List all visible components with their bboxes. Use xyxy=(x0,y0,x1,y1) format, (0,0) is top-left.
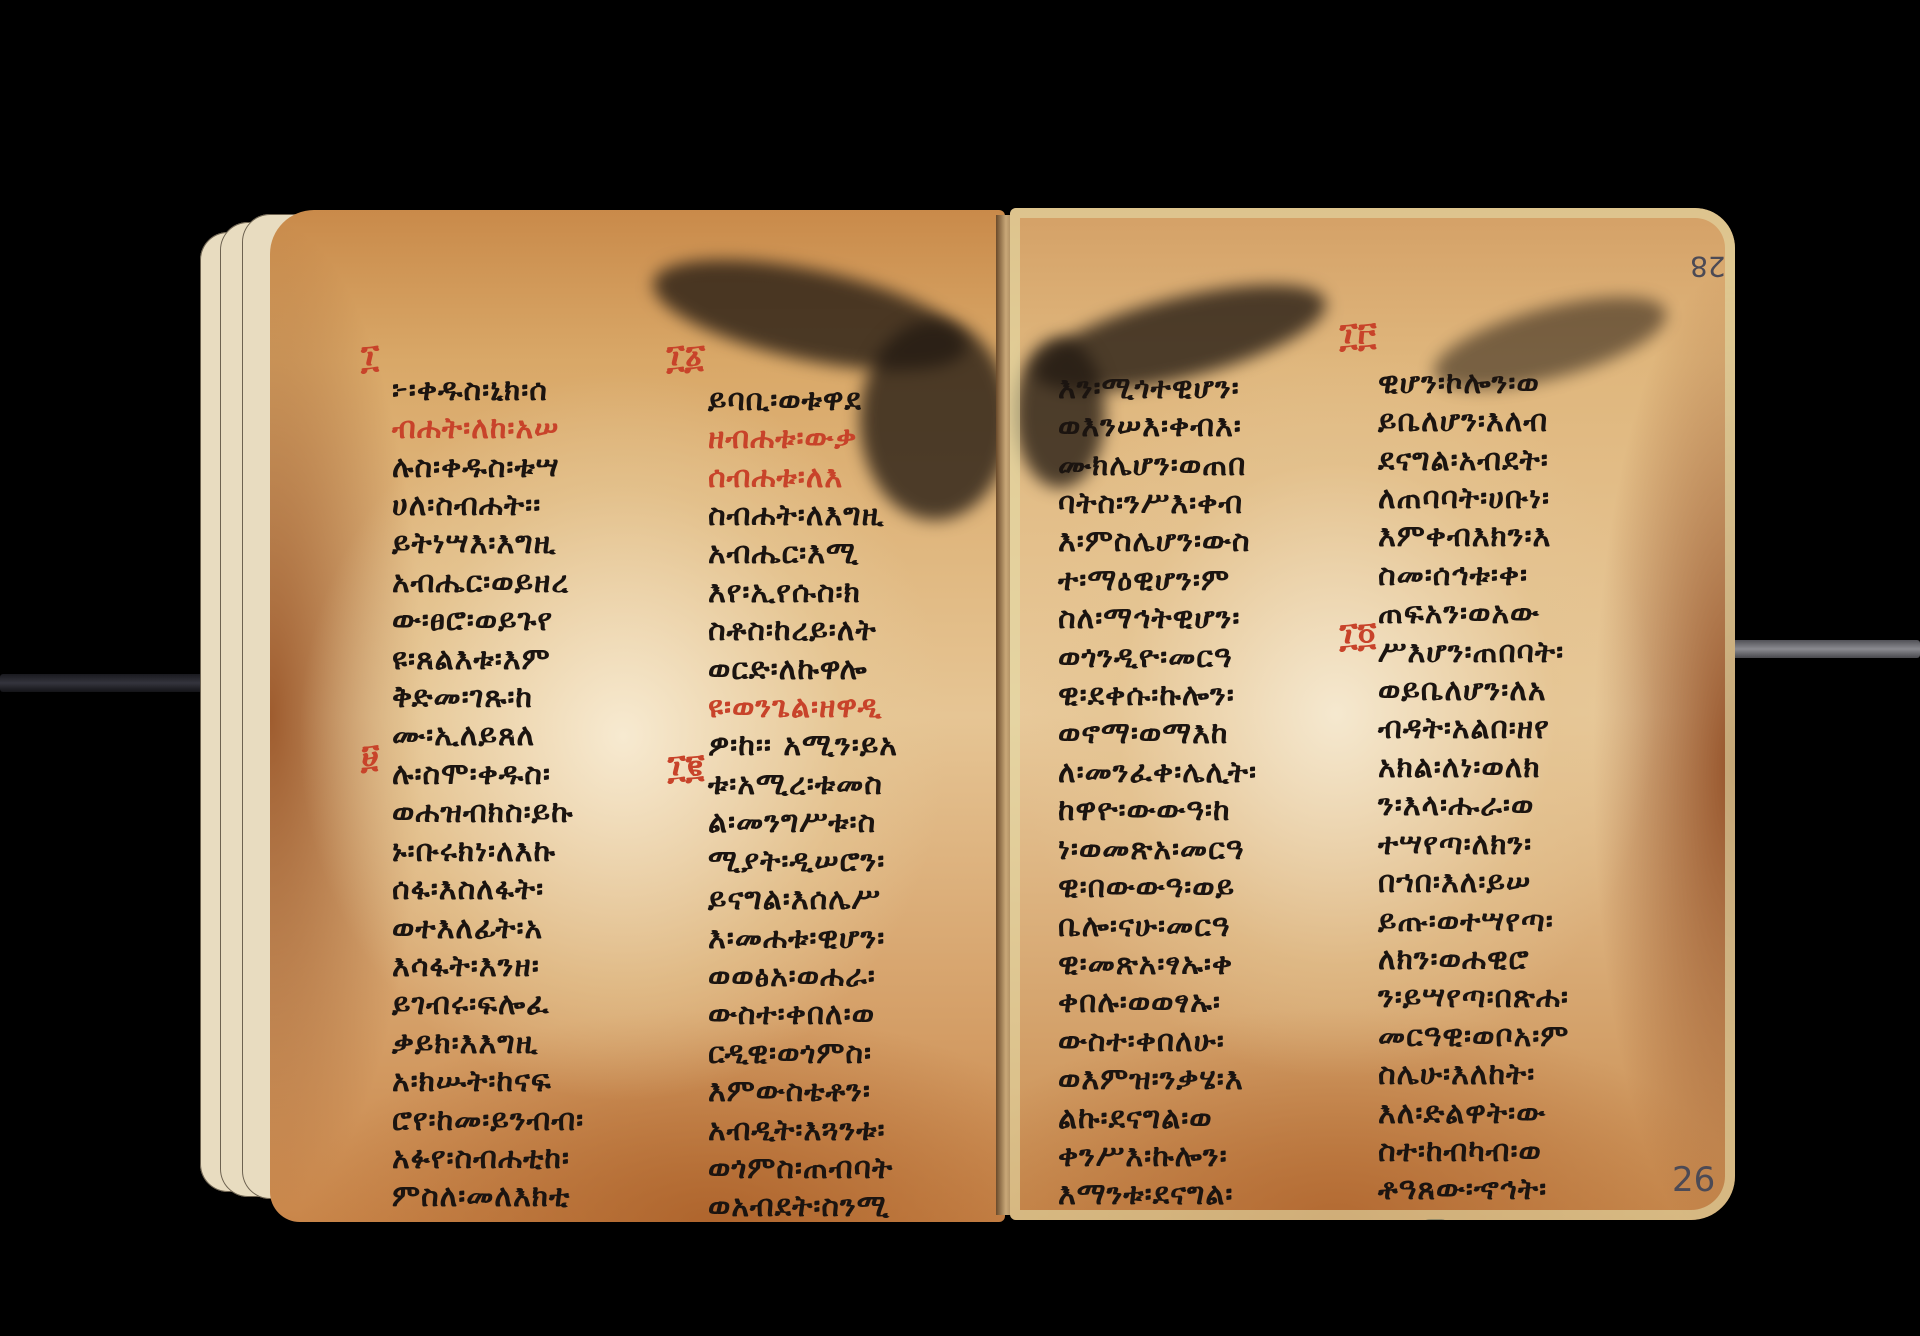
pencil-folio-number-top: 28 xyxy=(1690,250,1726,283)
pencil-folio-number-bottom: 26 xyxy=(1672,1160,1715,1200)
left-page-column-1: ፦፡ቀዱስ፡ኒክ፡ሰብሐት፡ለከ፡አሠሉስ፡ቀዱስ፡ቱሣሀለ፡ስብሐት፡፡ይትነ… xyxy=(392,295,584,1222)
support-rod-right xyxy=(1730,640,1920,658)
margin-numeral: ፱ xyxy=(350,740,390,774)
right-page-rim xyxy=(1010,208,1735,1220)
margin-numeral: ፲ xyxy=(350,340,390,374)
margin-numeral: ፲፩ xyxy=(666,340,706,374)
margin-numeral: ፲፪ xyxy=(666,750,706,784)
left-page: ፦፡ቀዱስ፡ኒክ፡ሰብሐት፡ለከ፡አሠሉስ፡ቀዱስ፡ቱሣሀለ፡ስብሐት፡፡ይትነ… xyxy=(270,210,1005,1222)
left-page-column-2: ይባቢ፡ወቱዋደዘብሐቱ፡ውቃሰብሐቱ፡ለእስብሐት፡ለእግዚአብሔር፡እሚእየ… xyxy=(708,305,898,1222)
